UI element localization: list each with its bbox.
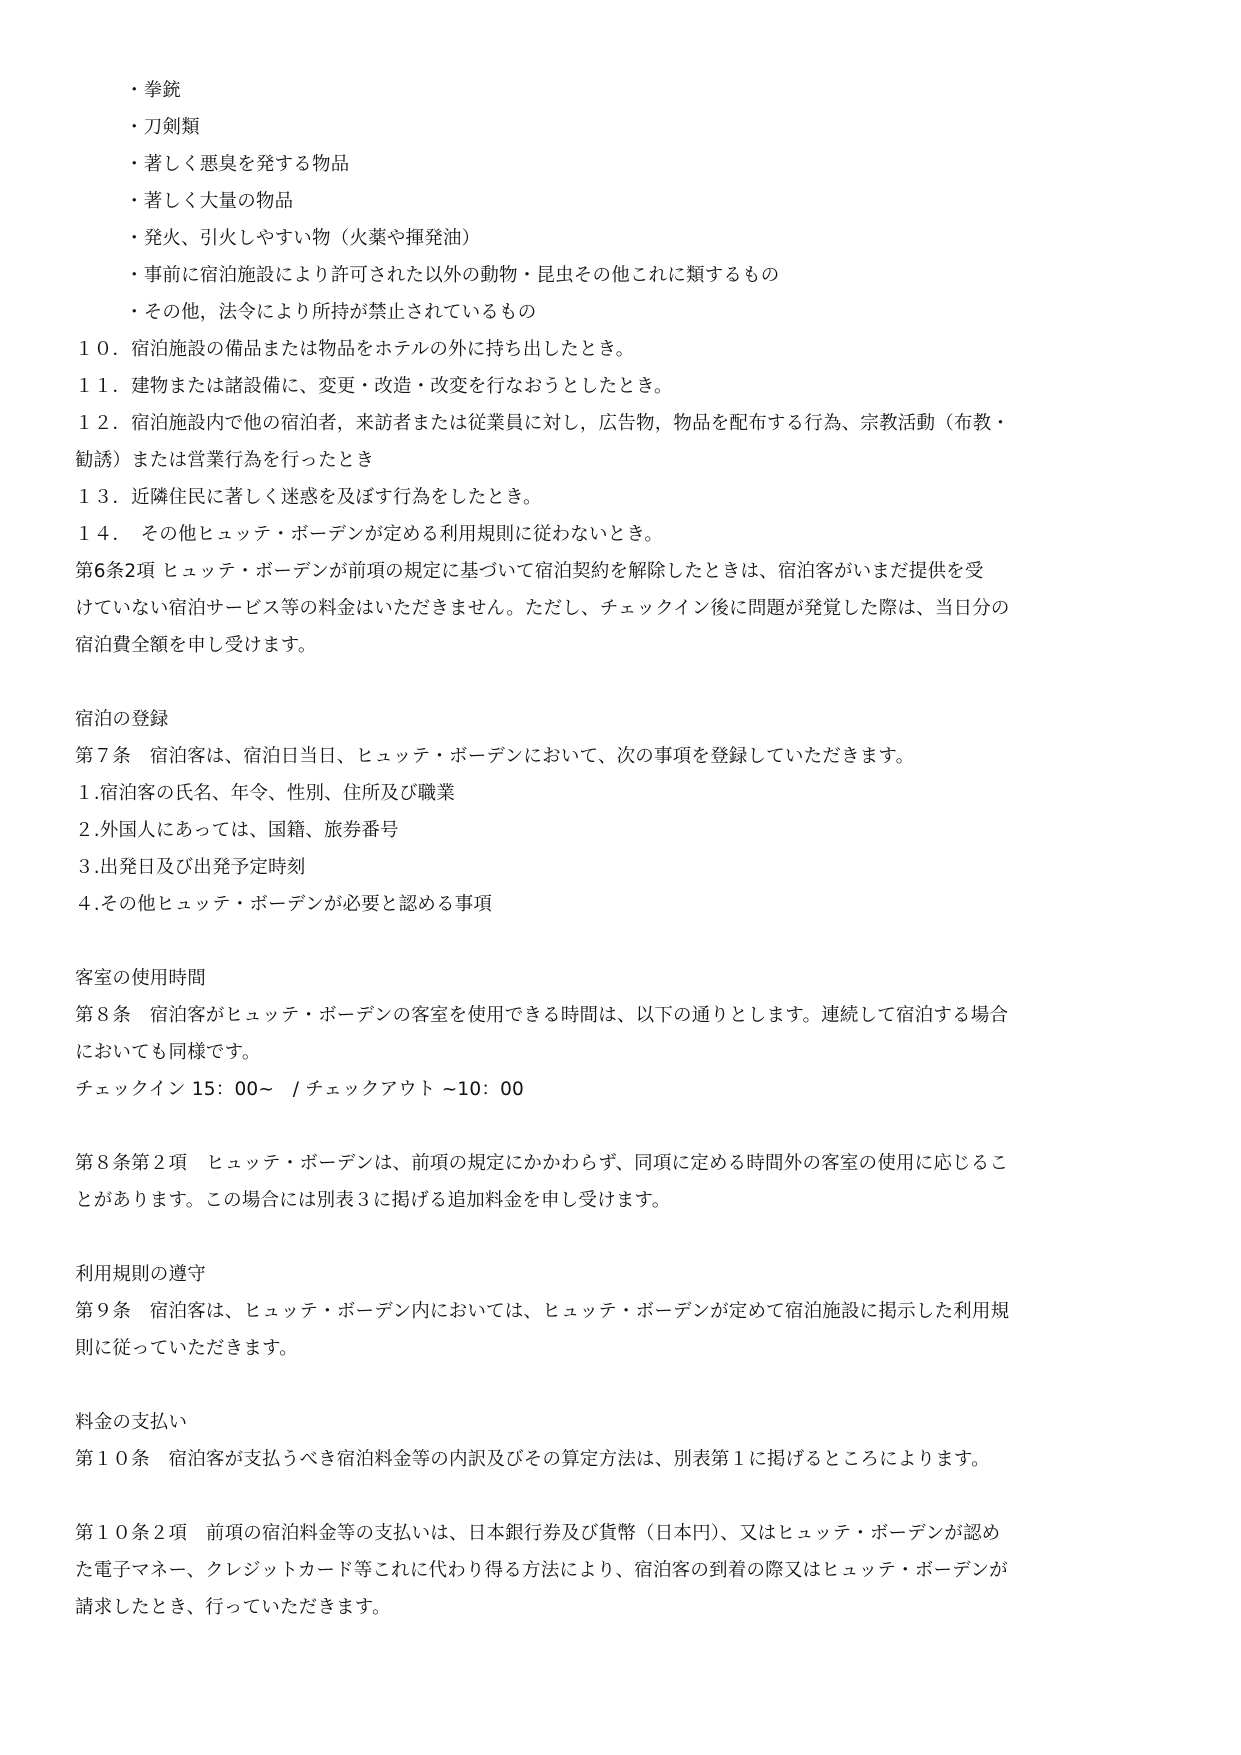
prohibited-item: ・著しく悪臭を発する物品 xyxy=(75,146,1175,183)
condition-item-continued: 勧誘）または営業行為を行ったとき xyxy=(75,442,1175,479)
spacer xyxy=(75,1367,1175,1404)
paragraph-line: けていない宿泊サービス等の料金はいただきません。ただし、チェックイン後に問題が発… xyxy=(75,590,1175,627)
article-8-line: においても同様です。 xyxy=(75,1034,1175,1071)
article-6-clause-2: 第6条2項 ヒュッテ・ボーデンが前項の規定に基づいて宿泊契約を解除したときは、宿… xyxy=(75,553,1175,664)
checkin-checkout-times: チェックイン 15：00~ / チェックアウト ~10：00 xyxy=(75,1071,1175,1108)
section-heading: 宿泊の登録 xyxy=(75,701,1175,738)
prohibited-item: ・刀剣類 xyxy=(75,109,1175,146)
prohibited-item: ・発火、引火しやすい物（火薬や揮発油） xyxy=(75,220,1175,257)
spacer xyxy=(75,1108,1175,1145)
article-8-clause-2-line: とがあります。この場合には別表３に掲げる追加料金を申し受けます。 xyxy=(75,1182,1175,1219)
article-9-line: 則に従っていただきます。 xyxy=(75,1330,1175,1367)
prohibited-items-list: ・拳銃 ・刀剣類 ・著しく悪臭を発する物品 ・著しく大量の物品 ・発火、引火しや… xyxy=(75,72,1175,331)
spacer xyxy=(75,664,1175,701)
section-heading: 利用規則の遵守 xyxy=(75,1256,1175,1293)
article-9-line: 第９条 宿泊客は、ヒュッテ・ボーデン内においては、ヒュッテ・ボーデンが定めて宿泊… xyxy=(75,1293,1175,1330)
section-room-hours: 客室の使用時間 第８条 宿泊客がヒュッテ・ボーデンの客室を使用できる時間は、以下… xyxy=(75,960,1175,1219)
spacer xyxy=(75,923,1175,960)
paragraph-line: 第6条2項 ヒュッテ・ボーデンが前項の規定に基づいて宿泊契約を解除したときは、宿… xyxy=(75,553,1175,590)
condition-item: １２．宿泊施設内で他の宿泊者，来訪者または従業員に対し，広告物，物品を配布する行… xyxy=(75,405,1175,442)
article-10-clause-2-line: 第１０条２項 前項の宿泊料金等の支払いは、日本銀行券及び貨幣（日本円）、又はヒュ… xyxy=(75,1515,1175,1552)
section-payment: 料金の支払い 第１０条 宿泊客が支払うべき宿泊料金等の内訳及びその算定方法は、別… xyxy=(75,1404,1175,1626)
article-10: 第１０条 宿泊客が支払うべき宿泊料金等の内訳及びその算定方法は、別表第１に掲げる… xyxy=(75,1441,1175,1478)
article-8-line: 第８条 宿泊客がヒュッテ・ボーデンの客室を使用できる時間は、以下の通りとします。… xyxy=(75,997,1175,1034)
prohibited-item: ・その他，法令により所持が禁止されているもの xyxy=(75,294,1175,331)
section-heading: 料金の支払い xyxy=(75,1404,1175,1441)
section-heading: 客室の使用時間 xyxy=(75,960,1175,997)
spacer xyxy=(75,1478,1175,1515)
registration-item: ２.外国人にあっては、国籍、旅券番号 xyxy=(75,812,1175,849)
article-8-clause-2-line: 第８条第２項 ヒュッテ・ボーデンは、前項の規定にかかわらず、同項に定める時間外の… xyxy=(75,1145,1175,1182)
paragraph-line: 宿泊費全額を申し受けます。 xyxy=(75,627,1175,664)
article-7: 第７条 宿泊客は、宿泊日当日、ヒュッテ・ボーデンにおいて、次の事項を登録していた… xyxy=(75,738,1175,775)
section-rules-compliance: 利用規則の遵守 第９条 宿泊客は、ヒュッテ・ボーデン内においては、ヒュッテ・ボー… xyxy=(75,1256,1175,1367)
section-registration: 宿泊の登録 第７条 宿泊客は、宿泊日当日、ヒュッテ・ボーデンにおいて、次の事項を… xyxy=(75,701,1175,923)
cancellation-conditions-list: １０．宿泊施設の備品または物品をホテルの外に持ち出したとき。 １１．建物または諸… xyxy=(75,331,1175,553)
condition-item: １０．宿泊施設の備品または物品をホテルの外に持ち出したとき。 xyxy=(75,331,1175,368)
article-10-clause-2-line: 請求したとき、行っていただきます。 xyxy=(75,1589,1175,1626)
condition-item: １１．建物または諸設備に、変更・改造・改変を行なおうとしたとき。 xyxy=(75,368,1175,405)
registration-item: １.宿泊客の氏名、年令、性別、住所及び職業 xyxy=(75,775,1175,812)
article-10-clause-2-line: た電子マネー、クレジットカード等これに代わり得る方法により、宿泊客の到着の際又は… xyxy=(75,1552,1175,1589)
condition-item: １４． その他ヒュッテ・ボーデンが定める利用規則に従わないとき。 xyxy=(75,516,1175,553)
condition-item: １３．近隣住民に著しく迷惑を及ぼす行為をしたとき。 xyxy=(75,479,1175,516)
registration-item: ４.その他ヒュッテ・ボーデンが必要と認める事項 xyxy=(75,886,1175,923)
prohibited-item: ・著しく大量の物品 xyxy=(75,183,1175,220)
spacer xyxy=(75,1219,1175,1256)
prohibited-item: ・事前に宿泊施設により許可された以外の動物・昆虫その他これに類するもの xyxy=(75,257,1175,294)
document-page: ・拳銃 ・刀剣類 ・著しく悪臭を発する物品 ・著しく大量の物品 ・発火、引火しや… xyxy=(75,72,1175,1626)
prohibited-item: ・拳銃 xyxy=(75,72,1175,109)
registration-item: ３.出発日及び出発予定時刻 xyxy=(75,849,1175,886)
